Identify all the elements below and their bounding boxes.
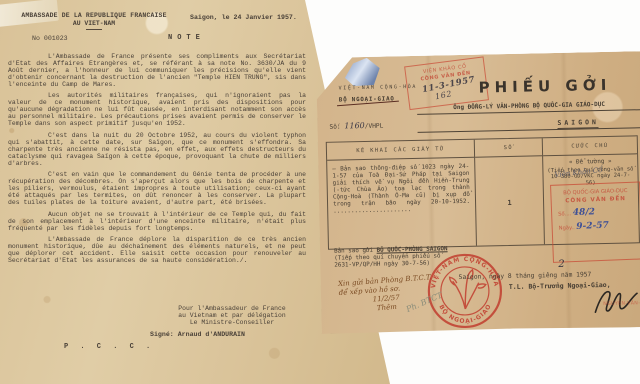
table-cell-quantity: 1 — [475, 156, 543, 207]
note-paragraph: L'Ambassade de France déplore la dispari… — [8, 236, 306, 264]
horizontal-rule — [418, 127, 640, 133]
note-title: NOTE — [168, 34, 205, 42]
number-label: Số: — [329, 123, 340, 130]
letterhead-divider — [86, 29, 102, 30]
reference-number-line: Số: 1160/VHPL — [329, 121, 383, 131]
note-dateline: Saigon, le 24 Janvier 1957. — [190, 14, 297, 21]
signed-line: Signé: Arnaud d'ANDURAIN — [150, 331, 245, 338]
number-handwritten: 1160 — [344, 121, 365, 130]
received-stamp-number-row: Số.... 48/2 — [552, 205, 640, 218]
phieu-dateline: Saigon, ngày 8 tháng giêng năm 1957 — [459, 271, 592, 281]
received-stamp-number-value: 48/2 — [573, 207, 595, 218]
column-header-number: SỐ — [475, 138, 542, 157]
received-stamp-date-value: 9-2-57 — [576, 221, 609, 232]
handwritten-routing-note: Xin gửi bản Phòng B.T.C.T. để xếp vào hồ… — [338, 273, 434, 316]
note-paragraph: L'Ambassade de France présente ses compl… — [8, 53, 306, 88]
column-header-notes: CƯỚC CHÚ — [543, 136, 637, 156]
letterhead: AMBASSADE DE LA REPUBLIQUE FRANCAISE AU … — [10, 12, 178, 30]
note-paragraph: Aucun objet ne se trouvait à l'intérieur… — [8, 211, 306, 232]
received-stamp-date-label: Ngày — [559, 225, 572, 231]
letterhead-line2: AU VIET-NAM — [10, 20, 178, 27]
national-title: VIỆT-NAM CỘNG-HÒA — [339, 84, 417, 92]
received-stamp-date-row: Ngày.. 9-2-57 — [552, 219, 640, 232]
signoff-block: Pour l'Ambassadeur de France au Vietnam … — [148, 305, 316, 327]
arrival-stamp-vien-khao-co: VIỆN KHẢO CỔ CÔNG VĂN ĐẾN 11-3-1957 162 — [404, 56, 489, 110]
received-stamp-giao-duc: BỘ QUỐC-GIA GIÁO-DỤC CÔNG VĂN ĐẾN Số....… — [550, 181, 640, 262]
note-paragraph: C'est dans la nuit du 20 Octobre 1952, a… — [8, 132, 306, 167]
note-body: L'Ambassade de France présente ses compl… — [8, 53, 306, 268]
table-column-number: SỐ 1 — [475, 138, 545, 245]
table-column-declaration: KÊ KHAI CÁC GIẤY TỜ — Bản sao thông-điệp… — [327, 140, 477, 249]
signoff-line2: au Vietnam et par délégation — [148, 312, 316, 319]
letterhead-line1: AMBASSADE DE LA REPUBLIQUE FRANCAISE — [10, 12, 178, 19]
received-stamp-line2: CÔNG VĂN ĐẾN — [552, 195, 640, 204]
certification-mark: P . C . C . — [64, 343, 154, 351]
note-reference-number: No 001023 — [32, 35, 68, 42]
signoff-line3: Le Ministre-Conseiller — [148, 319, 316, 326]
number-suffix: /VHPL — [365, 123, 384, 130]
note-paragraph: C'est en vain que le commandement du Gén… — [8, 171, 306, 206]
phieu-goi-document: VIỆT-NAM CỘNG-HÒA BỘ NGOẠI-GIAO VIỆN KHẢ… — [316, 51, 640, 334]
signer-name-stamp: NGUYỄN-VĂN-LỘC — [603, 301, 640, 307]
table-cell-description: — Bản sao thông-điệp số 1023 ngày 24-1-5… — [327, 158, 475, 222]
received-stamp-number-label: Số — [558, 211, 565, 217]
signoff-line1: Pour l'Ambassadeur de France — [148, 305, 316, 312]
seal-top-text: VIỆT-NAM CỘNG-HÒA — [429, 255, 499, 289]
document-title: PHIẾU GỞI — [478, 76, 611, 97]
arrival-stamp-handwritten-number: 162 — [434, 89, 453, 101]
note-paragraph: Les autorités militaires françaises, qui… — [8, 92, 306, 127]
handwritten-date-correction: 2 — [558, 259, 565, 270]
svg-text:VIỆT-NAM CỘNG-HÒA: VIỆT-NAM CỘNG-HÒA — [429, 255, 499, 289]
